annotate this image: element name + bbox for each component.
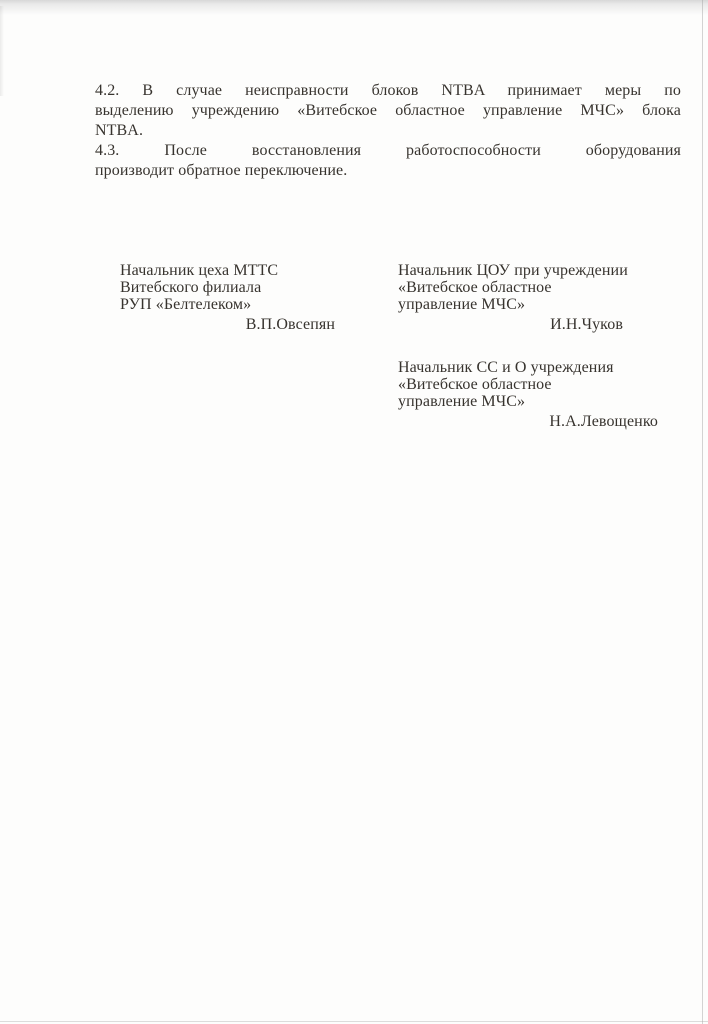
signature-title-line: «Витебское областное [398,376,658,393]
clause-4-3-line-2: производит обратное переключение. [95,161,681,181]
scan-artifact-top-band [0,0,708,16]
clause-4-3-line-1: 4.3. После восстановления работоспособно… [95,141,681,161]
scan-artifact-left-shade [0,6,4,96]
signature-title-line: «Витебское областное [398,279,658,296]
clause-4-2-line-3: NTBA. [95,121,681,141]
signature-title-line: Начальник цеха МТТС [120,262,335,279]
signature-title-line: управление МЧС» [398,393,658,410]
signature-block-right-top: Начальник ЦОУ при учреждении «Витебское … [398,262,658,333]
signature-title-line: РУП «Белтелеком» [120,296,335,313]
signature-name: И.Н.Чуков [398,316,658,333]
signature-block-left: Начальник цеха МТТС Витебского филиала Р… [120,262,335,333]
clause-4-2-line-2: выделению учреждению «Витебское областно… [95,101,681,121]
signature-name: В.П.Овсепян [120,316,335,333]
signature-title-line: Начальник ЦОУ при учреждении [398,262,658,279]
signature-block-right-bottom: Начальник СС и О учреждения «Витебское о… [398,359,658,430]
signature-title-line: управление МЧС» [398,296,658,313]
clause-4-2-line-1: 4.2. В случае неисправности блоков NTBA … [95,81,681,101]
document-page: 4.2. В случае неисправности блоков NTBA … [0,0,708,1024]
scan-artifact-bottom-edge [0,1021,708,1022]
signature-title-line: Начальник СС и О учреждения [398,359,658,376]
body-text: 4.2. В случае неисправности блоков NTBA … [95,81,681,181]
scan-artifact-right-edge [702,0,703,1024]
signature-name: Н.А.Левощенко [398,413,658,430]
signature-title-line: Витебского филиала [120,279,335,296]
